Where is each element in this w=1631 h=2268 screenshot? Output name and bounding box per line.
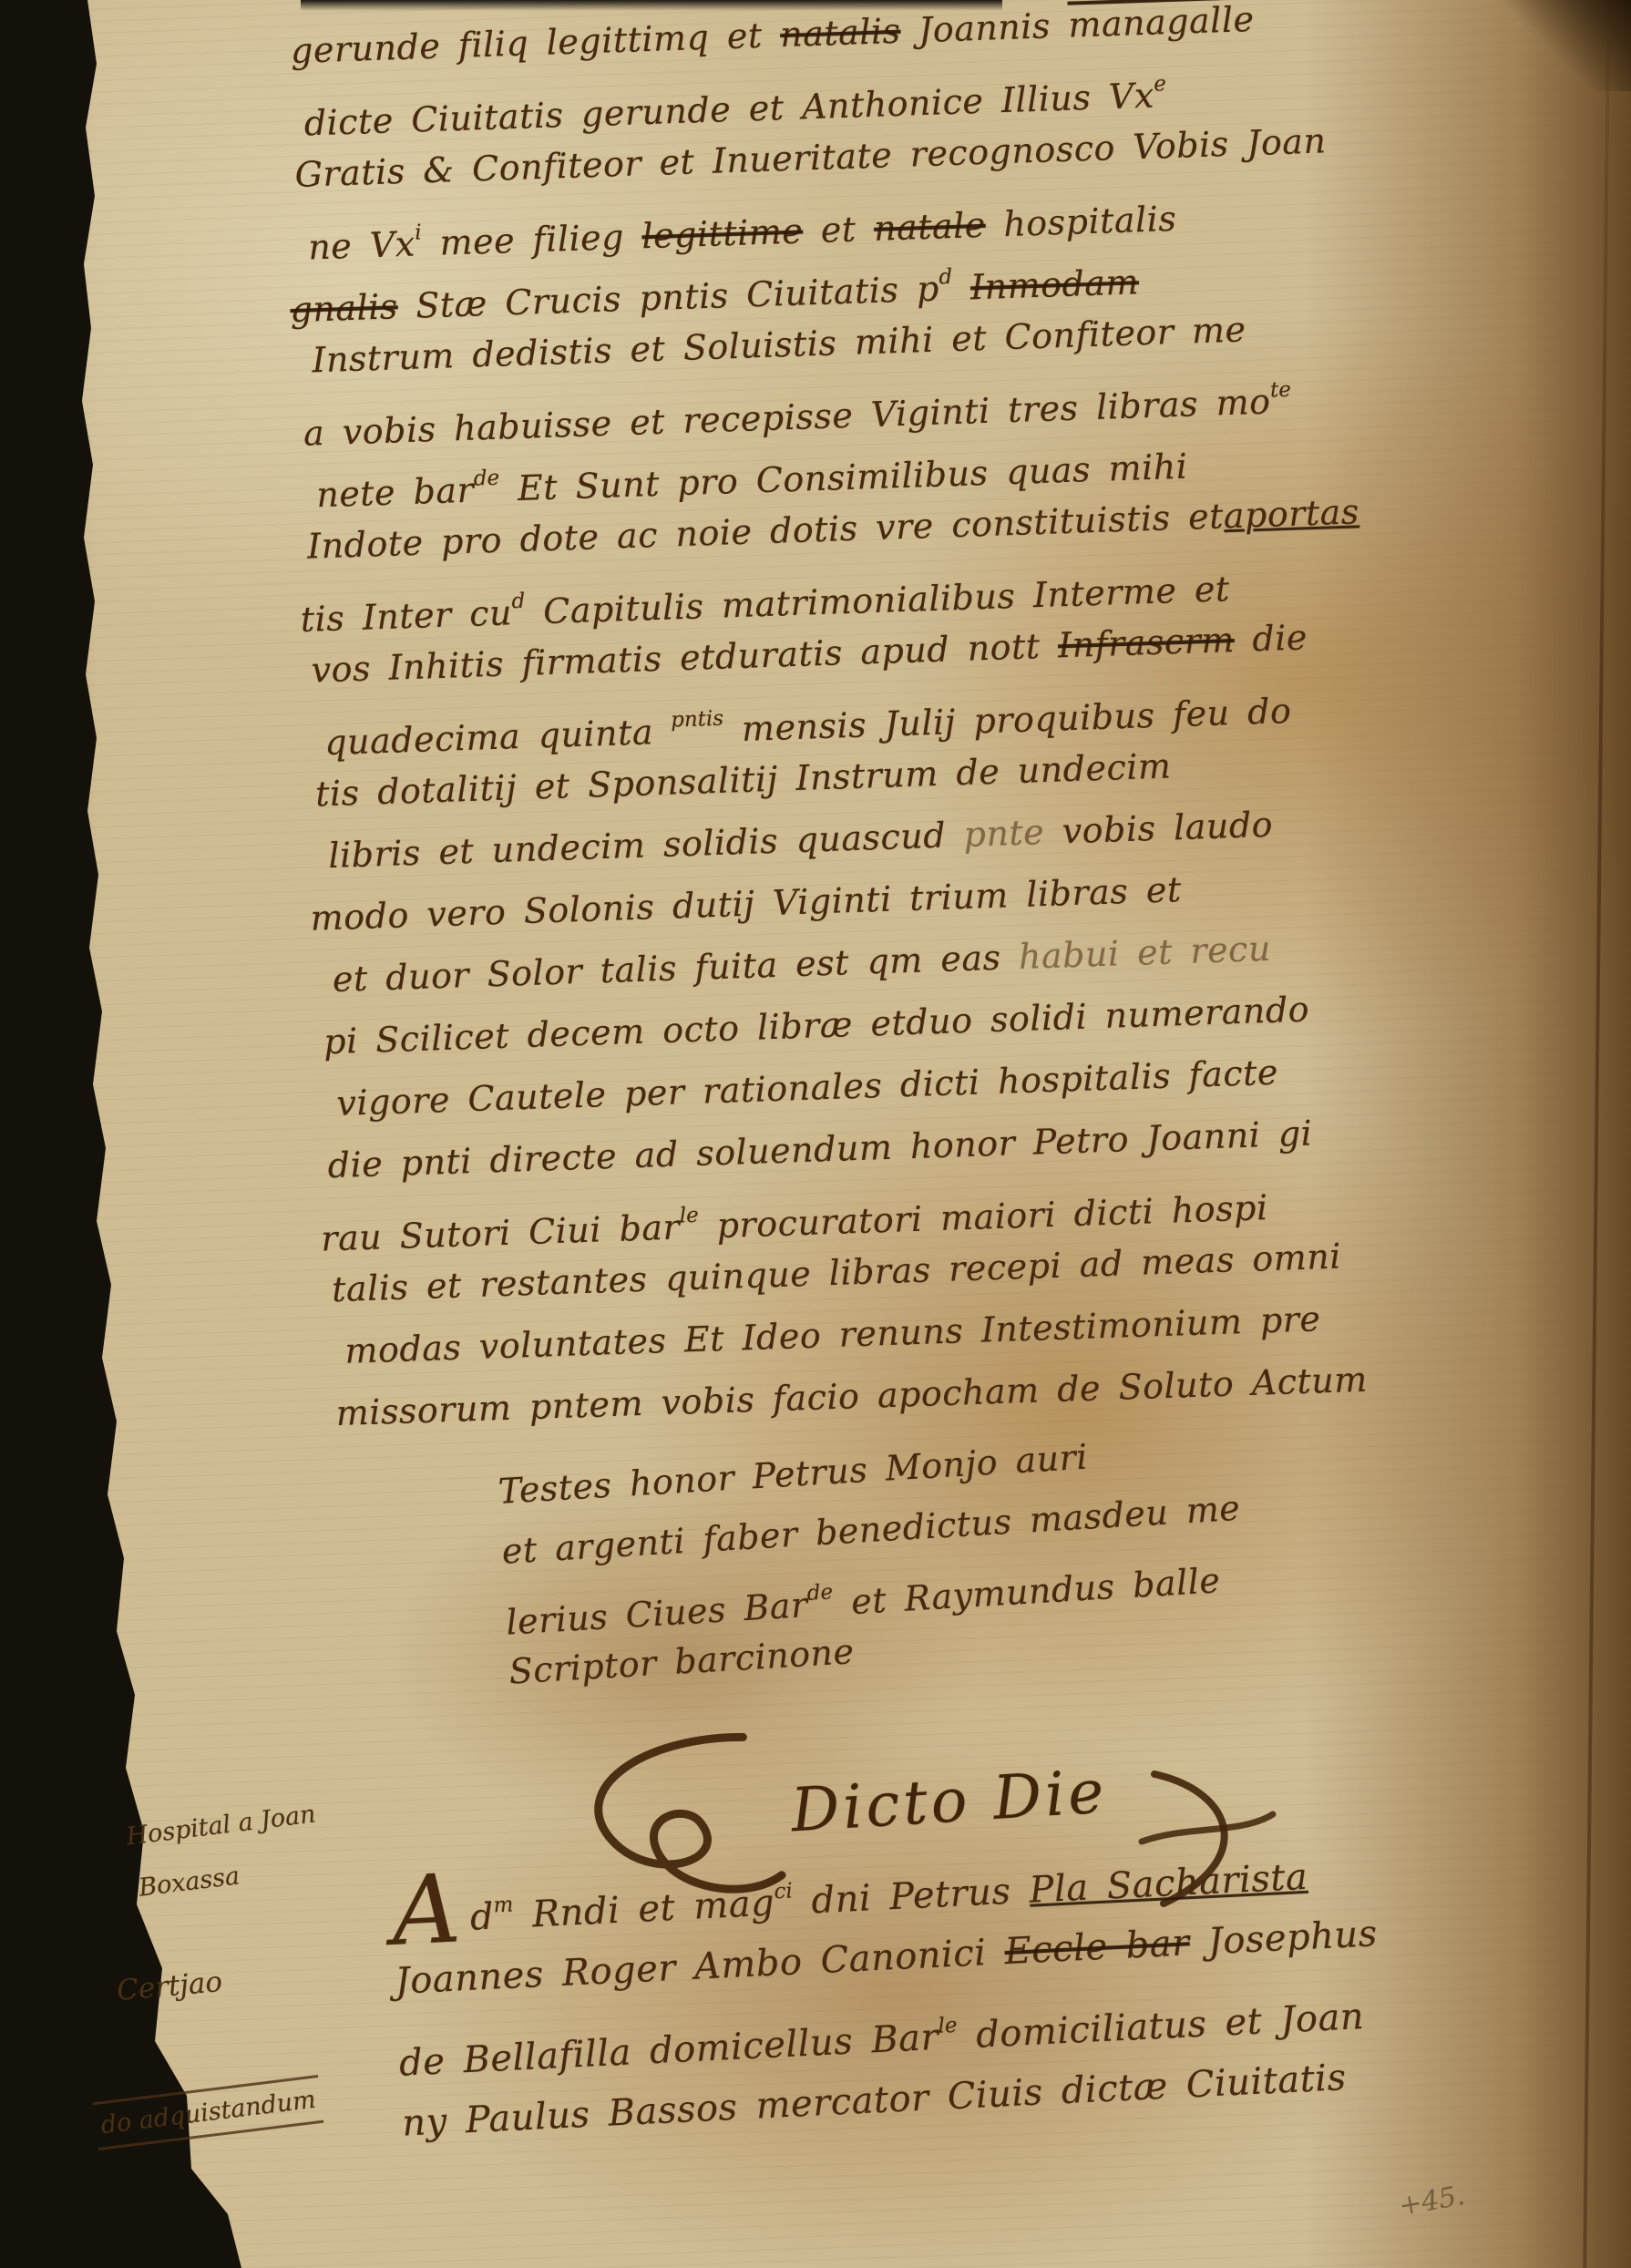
text-segment: nete bar <box>316 470 475 516</box>
text-segment <box>952 267 971 308</box>
text-segment: le <box>679 1204 699 1228</box>
text-segment: hospitalis <box>985 199 1177 245</box>
text-segment: tis Inter cu <box>300 592 513 640</box>
text-segment: pnte <box>963 812 1045 855</box>
text-segment: Joannis <box>900 5 1069 51</box>
text-segment: d <box>469 1896 495 1939</box>
text-segment: natale <box>873 205 986 249</box>
text-segment: die <box>1234 617 1308 660</box>
book-fore-edge <box>1605 0 1631 2268</box>
text-segment: aportas <box>1223 491 1359 536</box>
main-text-block: gerunde filiq legittimq et natalis Joann… <box>290 0 1389 1444</box>
text-segment: Scriptor barcinone <box>508 1631 855 1691</box>
text-segment: d <box>511 590 526 613</box>
text-segment: Infrascrm <box>1057 620 1235 665</box>
text-segment: Inmodam <box>969 262 1139 307</box>
text-segment: ci <box>774 1879 793 1904</box>
text-segment: et <box>802 209 874 251</box>
text-segment: libris et undecim solidis quascud <box>328 815 965 876</box>
text-segment: habui et recu <box>1018 929 1271 977</box>
text-segment: te <box>1270 378 1292 403</box>
text-segment: le <box>938 2014 958 2038</box>
text-segment: de <box>473 467 499 491</box>
text-segment: Josephus <box>1189 1913 1379 1964</box>
text-segment: de <box>806 1580 834 1606</box>
text-segment: managalle <box>1068 0 1255 46</box>
text-segment: dni <box>792 1876 890 1923</box>
closing-entry-block: Adm Rndi et magci dni Petrus Pla Sachari… <box>390 1827 1386 2159</box>
text-segment: natalis <box>779 11 901 55</box>
text-segment: legittime <box>641 210 804 256</box>
text-segment: Petrus <box>888 1870 1031 1918</box>
text-segment: pntis <box>671 707 724 733</box>
text-segment: et duor Solor talis fuita est qm eas <box>332 937 1019 1000</box>
witness-clause-block: Testes honor Petrus Monjo auriet argenti… <box>497 1418 1249 1702</box>
text-segment: d <box>939 265 953 289</box>
text-segment: Rndi et mag <box>513 1882 775 1936</box>
text-segment: vobis laudo <box>1043 805 1273 852</box>
text-segment: ne Vx <box>308 224 416 268</box>
text-segment: gerunde filiq legittimq et <box>290 15 781 71</box>
text-segment: Eccle bar <box>1003 1922 1190 1973</box>
manuscript-page-photo: gerunde filiq legittimq et natalis Joann… <box>0 0 1631 2268</box>
text-segment: gnalis <box>290 286 399 330</box>
text-segment: e <box>1154 72 1166 96</box>
text-segment: m <box>493 1893 514 1917</box>
